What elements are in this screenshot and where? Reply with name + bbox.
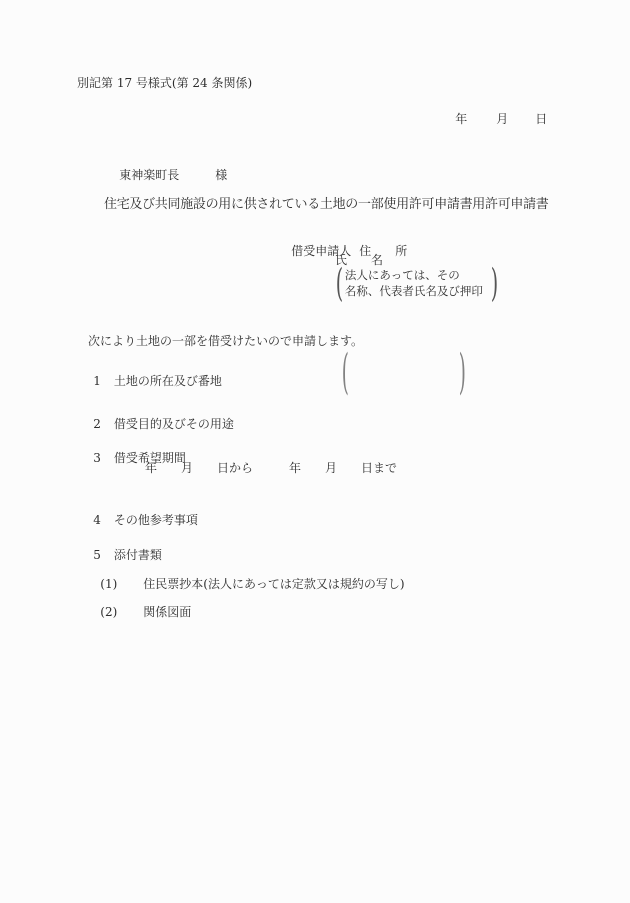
item-label: 土地の所在及び番地: [114, 374, 222, 388]
form-number: 別記第 17 号様式(第 24 条関係): [77, 76, 252, 91]
sub-item-label: 住民票抄本(法人にあっては定款又は規約の写し): [143, 577, 404, 591]
item-label: 添付書類: [114, 548, 162, 562]
corporate-note-text: 法人にあっては、その名称、代表者氏名及び押印: [345, 267, 483, 299]
item-number: 1: [93, 374, 101, 388]
item-land-location: 1土地の所在及び番地: [78, 359, 222, 404]
addressee-name: 東神楽町長: [119, 168, 179, 182]
item-label: その他参考事項: [114, 513, 198, 527]
date-month-label: 月: [496, 112, 508, 126]
sub-item-number: (2): [100, 605, 117, 619]
blank-paren-close-icon: ): [459, 351, 466, 393]
period-blank-line: 年 月 日から 年 月 日まで: [145, 461, 397, 476]
land-location-blank-field: ( ): [336, 351, 472, 393]
item-number: 5: [93, 548, 101, 562]
sub-item-number: (1): [100, 577, 117, 591]
item-number: 4: [93, 513, 101, 527]
sub-item-label: 関係図面: [143, 605, 191, 619]
date-day-label: 日: [535, 112, 547, 126]
corporate-note-line1: 法人にあっては、その: [345, 268, 460, 282]
date-line: 年月日: [440, 97, 547, 142]
item-label: 借受目的及びその用途: [114, 417, 234, 431]
attachment-related-drawings: (2)関係図面: [85, 590, 191, 635]
corporate-note-line2: 名称、代表者氏名及び押印: [345, 284, 483, 298]
document-page: 別記第 17 号様式(第 24 条関係) 年月日 東神楽町長様 住宅及び共同施設…: [0, 0, 630, 903]
intro-sentence: 次により土地の一部を借受けたいので申請します。: [88, 334, 363, 349]
item-number: 3: [93, 451, 101, 465]
date-year-label: 年: [455, 112, 467, 126]
addressee-line: 東神楽町長様: [104, 153, 227, 198]
item-number: 2: [93, 417, 101, 431]
document-title: 住宅及び共同施設の用に供されている土地の一部使用許可申請書用許可申請書: [104, 197, 549, 213]
large-paren-close-icon: ): [491, 265, 498, 301]
corporate-note: ( 法人にあっては、その名称、代表者氏名及び押印 ): [332, 265, 502, 301]
large-paren-open-icon: (: [336, 265, 343, 301]
addressee-honorific: 様: [215, 168, 227, 182]
blank-paren-open-icon: (: [342, 351, 349, 393]
